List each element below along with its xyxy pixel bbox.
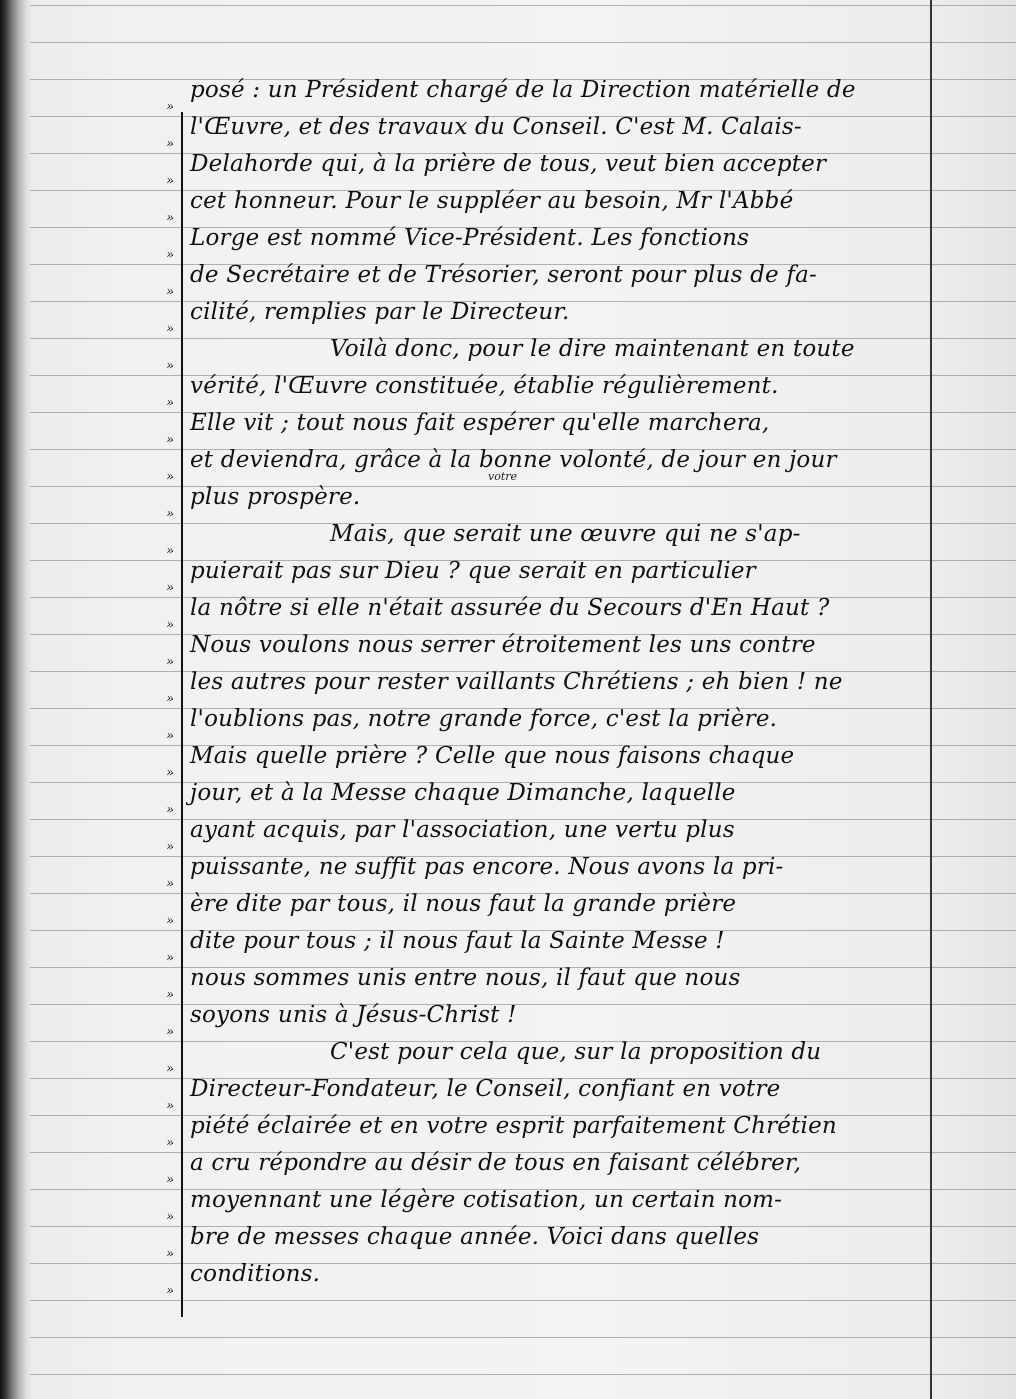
- ditto-mark: »: [165, 1061, 181, 1078]
- text-line: C'est pour cela que, sur la proposition …: [190, 1039, 925, 1065]
- interlinear-insertion: votre: [488, 470, 517, 483]
- text-line: nous sommes unis entre nous, il faut que…: [190, 965, 925, 991]
- ditto-mark: »: [165, 913, 181, 930]
- ditto-mark: »: [165, 469, 181, 486]
- text-line: cet honneur. Pour le suppléer au besoin,…: [190, 188, 925, 214]
- text-line: de Secrétaire et de Trésorier, seront po…: [190, 262, 925, 288]
- ditto-mark: »: [165, 136, 181, 153]
- text-line: la nôtre si elle n'était assurée du Seco…: [190, 595, 925, 621]
- text-line: Lorge est nommé Vice-Président. Les fonc…: [190, 225, 925, 251]
- text-line: puierait pas sur Dieu ? que serait en pa…: [190, 558, 925, 584]
- text-line: ayant acquis, par l'association, une ver…: [190, 817, 925, 843]
- text-line: puissante, ne suffit pas encore. Nous av…: [190, 854, 925, 880]
- ruled-line: [30, 1337, 1016, 1338]
- text-line: l'oublions pas, notre grande force, c'es…: [190, 706, 925, 732]
- ruled-line: [30, 1374, 1016, 1375]
- ditto-mark: »: [165, 765, 181, 782]
- ditto-mark: »: [165, 432, 181, 449]
- ruled-line: [30, 5, 1016, 6]
- ditto-mark: »: [165, 654, 181, 671]
- ditto-mark: »: [165, 284, 181, 301]
- ditto-mark: »: [165, 950, 181, 967]
- ditto-mark: »: [165, 617, 181, 634]
- ditto-mark: »: [165, 1172, 181, 1189]
- ditto-mark: »: [165, 210, 181, 227]
- ditto-mark: »: [165, 1246, 181, 1263]
- ditto-mark: »: [165, 358, 181, 375]
- text-line: vérité, l'Œuvre constituée, établie régu…: [190, 373, 925, 399]
- text-line: jour, et à la Messe chaque Dimanche, laq…: [190, 780, 925, 806]
- ditto-mark: »: [165, 99, 181, 116]
- text-line: Nous voulons nous serrer étroitement les…: [190, 632, 925, 658]
- ditto-mark: »: [165, 247, 181, 264]
- text-line: conditions.: [190, 1261, 925, 1287]
- ruled-line: [30, 42, 1016, 43]
- text-line: a cru répondre au désir de tous en faisa…: [190, 1150, 925, 1176]
- ditto-mark: »: [165, 1135, 181, 1152]
- text-line: cilité, remplies par le Directeur.: [190, 299, 925, 325]
- text-line: ère dite par tous, il nous faut la grand…: [190, 891, 925, 917]
- text-line: Mais quelle prière ? Celle que nous fais…: [190, 743, 925, 769]
- manuscript-page: »»»»»»»»»»»»»»»»»»»»»»»»»»»»»»»»» posé :…: [0, 0, 1016, 1399]
- book-binding-edge: [0, 0, 26, 1399]
- text-line: moyennant une légère cotisation, un cert…: [190, 1187, 925, 1213]
- text-line: plus prospère.: [190, 484, 925, 510]
- ditto-mark: »: [165, 987, 181, 1004]
- text-line: Directeur-Fondateur, le Conseil, confian…: [190, 1076, 925, 1102]
- text-line: Voilà donc, pour le dire maintenant en t…: [190, 336, 925, 362]
- ditto-mark: »: [165, 1098, 181, 1115]
- text-line: bre de messes chaque année. Voici dans q…: [190, 1224, 925, 1250]
- left-margin-rule: [181, 112, 183, 1317]
- ditto-mark: »: [165, 1283, 181, 1300]
- ditto-mark: »: [165, 1024, 181, 1041]
- ditto-mark: »: [165, 395, 181, 412]
- ditto-mark: »: [165, 802, 181, 819]
- ditto-mark: »: [165, 543, 181, 560]
- ditto-mark: »: [165, 728, 181, 745]
- ditto-mark: »: [165, 173, 181, 190]
- text-line: Delahorde qui, à la prière de tous, veut…: [190, 151, 925, 177]
- text-line: et deviendra, grâce à la bonne volonté, …: [190, 447, 925, 473]
- text-line: Elle vit ; tout nous fait espérer qu'ell…: [190, 410, 925, 436]
- text-line: piété éclairée et en votre esprit parfai…: [190, 1113, 925, 1139]
- ditto-mark: »: [165, 580, 181, 597]
- text-line: l'Œuvre, et des travaux du Conseil. C'es…: [190, 114, 925, 140]
- text-line: soyons unis à Jésus-Christ !: [190, 1002, 925, 1028]
- ditto-mark: »: [165, 1209, 181, 1226]
- text-line: dite pour tous ; il nous faut la Sainte …: [190, 928, 925, 954]
- ditto-mark: »: [165, 839, 181, 856]
- ditto-mark: »: [165, 876, 181, 893]
- text-line: posé : un Président chargé de la Directi…: [190, 77, 925, 103]
- right-margin-rule: [930, 0, 932, 1399]
- ditto-mark: »: [165, 691, 181, 708]
- text-line: Mais, que serait une œuvre qui ne s'ap-: [190, 521, 925, 547]
- ditto-mark: »: [165, 506, 181, 523]
- ditto-mark: »: [165, 321, 181, 338]
- text-line: les autres pour rester vaillants Chrétie…: [190, 669, 925, 695]
